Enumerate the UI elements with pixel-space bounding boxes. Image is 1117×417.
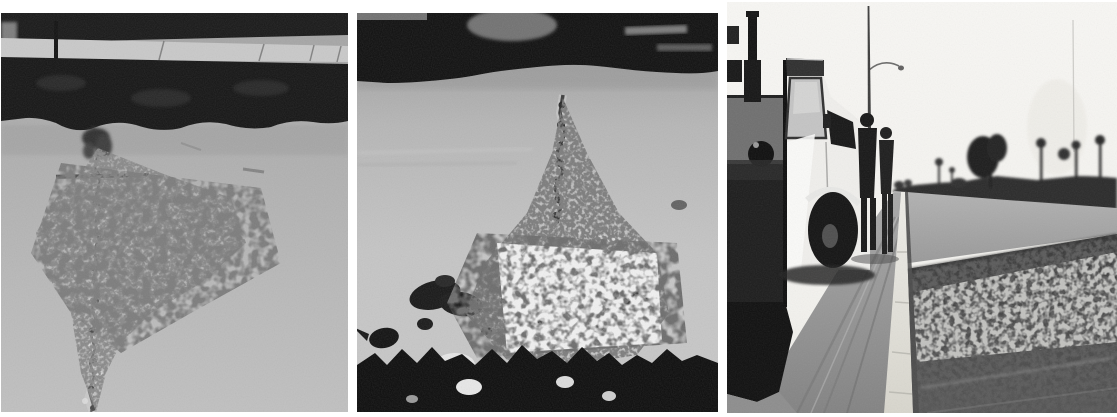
film-grain	[727, 2, 1117, 413]
photo-pavement-crack-with-ruler	[1, 13, 348, 412]
film-grain	[357, 13, 718, 412]
figure-of-three-photos	[0, 0, 1117, 417]
photo-road-crack-with-ejected-debris	[357, 13, 718, 412]
photo-pickup-truck-on-road-shoulder	[727, 2, 1117, 413]
film-grain	[1, 13, 348, 412]
